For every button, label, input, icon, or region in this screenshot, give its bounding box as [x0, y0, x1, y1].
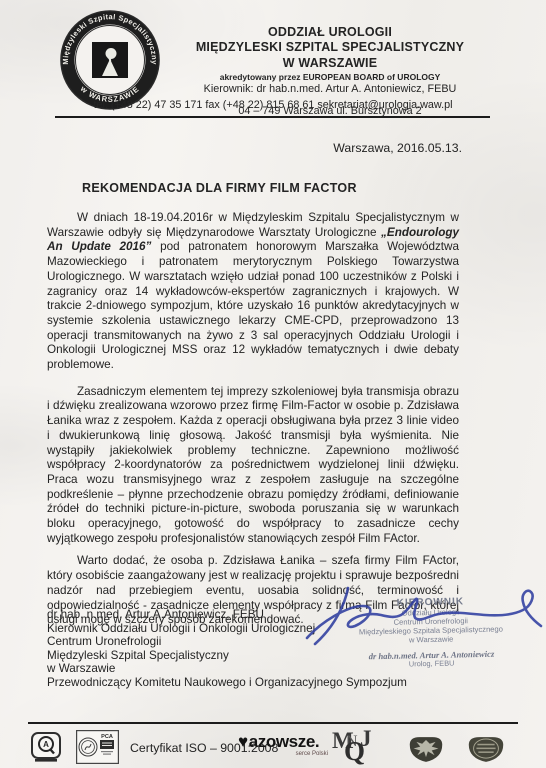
mazowsze-wordmark: azowsze.	[249, 733, 320, 750]
mazowsze-heart-icon: ♥	[238, 733, 248, 750]
header-divider	[55, 116, 490, 118]
letter-body: W dniach 18-19.04.2016r w Międzyleskim S…	[47, 211, 459, 628]
eagle-badge-icon	[405, 735, 447, 768]
mazowsze-logo: ♥ azowsze. serce Polski	[238, 733, 330, 757]
svg-text:A: A	[43, 740, 49, 749]
handwritten-signature	[303, 582, 546, 662]
footer-divider	[28, 722, 518, 724]
medal-badge-icon	[464, 735, 508, 768]
dateline: Warszawa, 2016.05.13.	[333, 141, 462, 155]
svg-text:PCA: PCA	[101, 734, 113, 740]
letterhead-hospital: MIĘDZYLESKI SZPITAL SPECJALISTYCZNY	[158, 40, 502, 55]
signatory-title-5: Przewodniczący Komitetu Naukowego i Orga…	[47, 676, 407, 690]
paragraph-1: W dniach 18-19.04.2016r w Międzyleskim S…	[47, 211, 459, 373]
letterhead-accreditation: akredytowany przez EUROPEAN BOARD of URO…	[158, 72, 502, 82]
pca-accreditation-icon: PCA	[76, 730, 119, 764]
letter-title: REKOMENDACJA DLA FIRMY FILM FACTOR	[82, 181, 357, 195]
mazowsze-tagline: serce Polski	[238, 751, 328, 757]
letterhead-contact: tel. (+48 22) 47 35 171 fax (+48 22) 815…	[0, 99, 546, 111]
letterhead-city: W WARSZAWIE	[158, 56, 502, 71]
letterhead-chief: Kierownik: dr hab.n.med. Artur A. Antoni…	[158, 83, 502, 96]
letterhead-department: ODDZIAŁ UROLOGII	[158, 25, 502, 40]
paragraph-1-post: pod patronatem honorowym Marszałka Wojew…	[47, 240, 459, 371]
paragraph-2: Zasadniczym elementem tej imprezy szkole…	[47, 385, 459, 547]
scanned-letter-page: Międzyleski Szpital Specjalistyczny w WA…	[0, 0, 546, 768]
hospital-seal-icon: Międzyleski Szpital Specjalistyczny w WA…	[58, 8, 162, 112]
monogram-letter-q: Q	[344, 738, 365, 765]
quality-q-mark-icon: A	[31, 732, 61, 762]
quality-monogram-icon: M N J Q	[332, 726, 378, 768]
